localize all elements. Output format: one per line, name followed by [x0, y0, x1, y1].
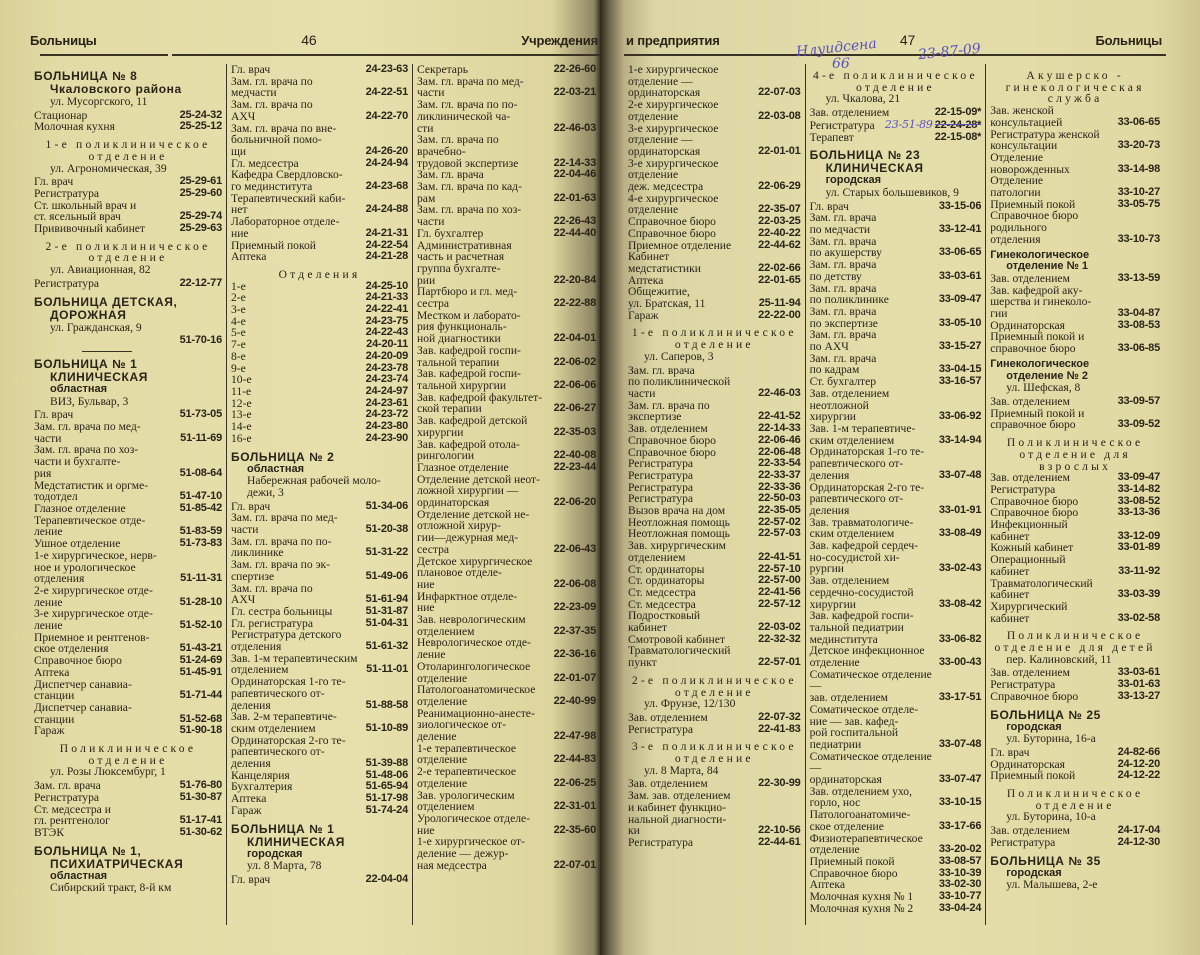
- phone-number: 22-35-60: [554, 825, 596, 837]
- directory-entry: Травматологический кабинет33-03-39: [990, 578, 1160, 601]
- phone-number: 51-90-18: [180, 725, 222, 737]
- handwritten-correction: 23-51-89: [885, 118, 933, 131]
- directory-entry: Зам. гл. врача по по- ликлинике51-31-22: [231, 536, 408, 559]
- directory-entry: Ординаторская 2-го те- рапевтического от…: [231, 735, 408, 770]
- directory-entry: 4-е хирургическое отделение22-35-07: [628, 193, 801, 216]
- hospital-name: БОЛЬНИЦА № 1: [34, 357, 137, 371]
- phone-number: 33-13-59: [1118, 273, 1160, 285]
- phone-number: 51-31-22: [366, 547, 408, 559]
- phone-number: 33-06-82: [939, 634, 981, 646]
- phone-number: 51-52-10: [180, 620, 222, 632]
- entry-label: Детское инфекционное отделение: [810, 645, 939, 668]
- phone-number: 24-23-63: [366, 64, 408, 76]
- phone-number: 51-28-10: [180, 597, 222, 609]
- phone-number: 33-02-43: [939, 563, 981, 575]
- column: Акушерско - гинекологическая службаЗав. …: [985, 64, 1164, 925]
- phone-number: 22-41-51: [758, 552, 800, 564]
- phone-number: 51-70-16: [180, 335, 222, 347]
- entry-label: Лабораторное отделе- ние: [231, 216, 366, 239]
- directory-entry: Регистратура33-14-82: [990, 484, 1160, 496]
- entry-label: 1-е хирургическое отделение — ординаторс…: [628, 64, 758, 99]
- phone-number: 22-01-63: [554, 193, 596, 205]
- phone-number: 51-11-31: [180, 573, 222, 585]
- directory-entry: Регистратура24-12-30: [990, 837, 1160, 849]
- phone-number: 24-23-90: [366, 433, 408, 445]
- directory-entry: Ст. медсестра22-41-56: [628, 587, 801, 599]
- directory-entry: Глазное отделение51-85-42: [34, 503, 222, 515]
- directory-entry: Физиотерапевтическое отделение33-20-02: [810, 833, 982, 856]
- hospital-type: ДОРОЖНАЯ: [34, 309, 222, 322]
- phone-number: 33-14-98: [1118, 164, 1160, 176]
- entry-label: Зам. гл. врача по АХЧ: [231, 583, 366, 606]
- phone-number: 22-06-27: [554, 403, 596, 415]
- entry-label: Травматологический кабинет: [990, 578, 1117, 601]
- entry-label: Ст. медсестра и гл. рентгенолог: [34, 804, 180, 827]
- hospital-heading: БОЛЬНИЦА № 35: [990, 855, 1160, 868]
- address: ул. Старых большевиков, 9: [810, 187, 982, 199]
- phone-number: 22-47-98: [554, 731, 596, 743]
- directory-entry: Урологическое отделе- ние22-35-60: [417, 813, 596, 836]
- hospital-name: БОЛЬНИЦА № 8: [34, 69, 137, 83]
- phone-number: 24-12-30: [1118, 837, 1160, 849]
- entry-label: Операционный кабинет: [990, 554, 1118, 577]
- entry-label: Справочное бюро: [628, 435, 758, 447]
- phone-number: 22-57-03: [758, 528, 800, 540]
- phone-number: 22-06-29: [758, 181, 800, 193]
- entry-label: Регистратура: [990, 484, 1117, 496]
- phone-number: 22-06-20: [554, 497, 596, 509]
- address: Сибирский тракт, 8-й км: [34, 882, 222, 894]
- entry-label: Патологоанатомиче- ское отделение: [810, 809, 939, 832]
- phone-number: 33-09-52: [1118, 419, 1160, 431]
- entry-label: 16-е: [231, 433, 366, 445]
- section-heading: 2-е поликлиническое отделение: [34, 241, 222, 264]
- entry-label: 3-е: [231, 304, 366, 316]
- directory-entry: Зам. гл. врача по поликлинической части2…: [628, 365, 801, 400]
- directory-entry: Зам. гл. врача по кад- рам22-01-63: [417, 181, 596, 204]
- phone-number: 51-31-87: [366, 606, 408, 618]
- phone-number: 22-26-60: [554, 64, 596, 76]
- directory-entry: Зам. гл. врача по детству33-03-61: [810, 259, 982, 282]
- page-number: 46: [301, 32, 316, 48]
- phone-number: 22-01-07: [554, 673, 596, 685]
- phone-number: 33-01-91: [939, 505, 981, 517]
- phone-number: 33-17-51: [939, 692, 981, 704]
- column: БОЛЬНИЦА № 8Чкаловского районаул. Мусорг…: [30, 64, 226, 925]
- phone-number: 22-02-66: [758, 263, 800, 275]
- phone-number: 22-03-08: [758, 111, 800, 123]
- phone-number: 22-01-65: [758, 275, 800, 287]
- directory-entry: Регистратура детского отделения51-61-32: [231, 629, 408, 652]
- section-heading: Поликлиническое отделение для детей: [990, 630, 1160, 653]
- entry-label: Зам. гл. врача по мед- части: [34, 421, 180, 444]
- directory-entry: 2-е хирургическое отде- ление51-28-10: [34, 585, 222, 608]
- entry-label: Гараж: [628, 310, 758, 322]
- entry-label: Терапевтическое отде- ление: [34, 515, 180, 538]
- phone-number: 25-29-60: [180, 188, 222, 200]
- entry-label: Зам. гл. врача по эк- спертизе: [231, 559, 366, 582]
- directory-entry: Ординаторская 1-го те- рапевтического от…: [810, 446, 982, 481]
- directory-entry: Зав. кафедрой госпи- тальной хирургии22-…: [417, 368, 596, 391]
- entry-label: Терапевт: [810, 132, 935, 144]
- entry-label: Справочное бюро родильного отделения: [990, 210, 1117, 245]
- entry-label: 3-е хирургическое отделение деж. медсест…: [628, 158, 758, 193]
- header-rule: [40, 54, 168, 56]
- entry-label: Отделение детской неот- ложной хирургии …: [417, 474, 554, 509]
- entry-label: Молочная кухня № 2: [810, 903, 939, 915]
- directory-entry: Зав. 1-м терапевтическим отделением51-11…: [231, 653, 408, 676]
- entry-label: Зав. отделением ухо, горло, нос: [810, 786, 939, 809]
- address: ул. Авиационная, 82: [34, 264, 222, 276]
- directory-entry: Зав. отделением неотложной хирургии33-06…: [810, 388, 982, 423]
- directory-entry: Регистратура25-29-60: [34, 188, 222, 200]
- phone-number: 23-51-8922-24-28*: [885, 119, 981, 132]
- phone-number: 24-22-70: [366, 111, 408, 123]
- entry-label: Инфарктное отделе- ние: [417, 591, 554, 614]
- phone-number: 51-11-01: [366, 664, 408, 676]
- directory-entry: Административная часть и расчетная групп…: [417, 240, 596, 287]
- entry-label: 10-е: [231, 374, 366, 386]
- phone-number: 22-04-01: [554, 333, 596, 345]
- entry-label: Ординаторская 2-го те- рапевтического от…: [810, 482, 939, 517]
- entry-label: Соматическое отделение — ординаторская: [810, 751, 939, 786]
- phone-number: 51-71-44: [180, 690, 222, 702]
- section-heading: 1-е поликлиническое отделение: [34, 139, 222, 162]
- hospital-name: БОЛЬНИЦА № 1: [231, 822, 334, 836]
- phone-number: 24-21-28: [366, 251, 408, 263]
- phone-number: 33-10-15: [939, 797, 981, 809]
- phone-number: 22-35-03: [554, 427, 596, 439]
- phone-number: 22-03-21: [554, 87, 596, 99]
- columns: БОЛЬНИЦА № 8Чкаловского районаул. Мусорг…: [30, 64, 600, 925]
- directory-entry: Детское инфекционное отделение33-00-43: [810, 645, 982, 668]
- directory-entry: Прививочный кабинет 25-29-63: [34, 223, 222, 235]
- address: пер. Калиновский, 11: [990, 654, 1160, 666]
- entry-label: Инфекционный кабинет: [990, 519, 1117, 542]
- entry-label: Терапевтический каби- нет: [231, 193, 366, 216]
- directory-entry: Подростковый кабинет22-03-02: [628, 610, 801, 633]
- phone-number: 33-06-65: [1118, 117, 1160, 129]
- column: Гл. врач24-23-63Зам. гл. врача по медчас…: [226, 64, 412, 925]
- phone-number: 33-03-61: [939, 271, 981, 283]
- entry-label: Медстатистик и оргме- тодотдел: [34, 480, 180, 503]
- directory-entry: Соматическое отделе- ние — зав. кафед- р…: [810, 704, 982, 751]
- directory-entry: Партбюро и гл. мед- сестра22-22-88: [417, 286, 596, 309]
- entry-label: Зам. гл. врача по поликлинической части: [628, 365, 758, 400]
- entry-label: Зав. отделением: [990, 273, 1117, 285]
- entry-label: Кабинет медстатистики: [628, 251, 758, 274]
- directory-entry: Патологоанатомическое отделение22-40-99: [417, 684, 596, 707]
- address: ул. 8 Марта, 78: [231, 860, 408, 872]
- phone-number: 33-02-58: [1118, 613, 1160, 625]
- directory-entry: Лабораторное отделе- ние24-21-31: [231, 216, 408, 239]
- entry-label: Гараж: [34, 725, 180, 737]
- phone-number: 33-20-73: [1118, 140, 1160, 152]
- directory-entry: Зав. кафедрой факультет- ской терапии22-…: [417, 392, 596, 415]
- address: ул. Саперов, 3: [628, 351, 801, 363]
- entry-label: Зав. кафедрой детской хирургии: [417, 415, 554, 438]
- directory-entry: Отоларингологическое отделение22-01-07: [417, 661, 596, 684]
- entry-label: Зав. травматологиче- ским отделением: [810, 517, 939, 540]
- entry-label: 1-е хирургическое от- деление — дежур- н…: [417, 836, 554, 871]
- entry-label: 2-е хирургическое отделение: [628, 99, 758, 122]
- entry-label: Ст. школьный врач и ст. ясельный врач: [34, 200, 180, 223]
- phone-number: 51-73-05: [180, 409, 222, 421]
- phone-number: 24-12-22: [1118, 770, 1160, 782]
- entry-label: Хирургический кабинет: [990, 601, 1117, 624]
- entry-label: Зав. женской консультацией: [990, 105, 1117, 128]
- hospital-name: БОЛЬНИЦА № 35: [990, 854, 1101, 868]
- directory-entry: Зам. гл. врача по медчасти33-12-41: [810, 212, 982, 235]
- address: Набережная рабочей моло- дежи, 3: [231, 475, 408, 498]
- entry-label: Гараж: [231, 805, 366, 817]
- directory-entry: Ординаторская 2-го те- рапевтического от…: [810, 482, 982, 517]
- phone-number: 22-15-09*: [935, 107, 982, 119]
- entry-label: Регистратура: [34, 792, 180, 804]
- phone-number: 24-82-66: [1118, 747, 1160, 759]
- directory-entry: Зам. гл. врача по кадрам33-04-15: [810, 353, 982, 376]
- entry-label: Зам. гл. врача по экспертизе: [810, 306, 939, 329]
- entry-label: Секретарь: [417, 64, 554, 76]
- entry-label: Подростковый кабинет: [628, 610, 758, 633]
- address: ул. Гражданская, 9: [34, 322, 222, 334]
- directory-entry: Секретарь22-26-60: [417, 64, 596, 76]
- phone-number: 24-24-88: [366, 204, 408, 216]
- entry-label: Зам. гл. врача по детству: [810, 259, 939, 282]
- phone-number: 51-11-69: [180, 433, 222, 445]
- section-heading: Отделения: [231, 269, 408, 281]
- header-rule: [624, 54, 1166, 56]
- phone-number: 33-14-82: [1118, 484, 1160, 496]
- directory-entry: Справочное бюро22-06-46: [628, 435, 801, 447]
- column: 4-е поликлиническое отделениеул. Чкалова…: [805, 64, 986, 925]
- entry-label: Регистратура: [628, 724, 758, 736]
- phone-number: 33-09-57: [1118, 396, 1160, 408]
- entry-label: Прививочный кабинет: [34, 223, 180, 235]
- directory-entry: Регистратура22-41-83: [628, 724, 801, 736]
- directory-entry: Аптека24-21-28: [231, 251, 408, 263]
- directory-entry: Зам. гл. врача по медчасти24-22-51: [231, 76, 408, 99]
- directory-entry: 51-70-16: [34, 335, 222, 347]
- entry-label: Приемный покой и справочное бюро: [990, 408, 1117, 431]
- phone-number: 33-06-65: [939, 247, 981, 259]
- directory-entry: 11-е24-24-97: [231, 386, 408, 398]
- address: ул. Шефская, 8: [990, 382, 1160, 394]
- entry-label: Зам. гл. врача по АХЧ: [810, 329, 939, 352]
- directory-entry: Терапевтический каби- нет24-24-88: [231, 193, 408, 216]
- book-spread: Больницы 46 Учреждения БОЛЬНИЦА № 8Чкало…: [0, 0, 1200, 955]
- entry-label: Гл. сестра больницы: [231, 606, 366, 618]
- phone-number: 22-36-16: [554, 649, 596, 661]
- directory-entry: Зав. отделением33-13-59: [990, 273, 1160, 285]
- directory-entry: Аптека51-45-91: [34, 667, 222, 679]
- directory-entry: 3-е24-22-41: [231, 304, 408, 316]
- hospital-type: ПСИХИАТРИЧЕСКАЯ: [34, 858, 222, 871]
- directory-entry: 2-е терапевтическое отделение22-06-25: [417, 766, 596, 789]
- directory-entry: Диспетчер санавиа- станции51-52-68: [34, 702, 222, 725]
- entry-label: Зав. кафедрой госпи- тальной педиатрии м…: [810, 610, 939, 645]
- entry-label: Ординаторская 1-го те- рапевтического от…: [810, 446, 939, 481]
- directory-entry: 2-е хирургическое отделение22-03-08: [628, 99, 801, 122]
- running-head-left: Больницы 46 Учреждения: [30, 32, 598, 50]
- address: ул. Буторина, 10-а: [990, 811, 1160, 823]
- phone-number: 22-12-77: [180, 278, 222, 290]
- entry-label: Регистратура: [990, 837, 1117, 849]
- directory-entry: 1-е хирургическое, нерв- ное и урологиче…: [34, 550, 222, 585]
- entry-label: Регистратура: [34, 188, 180, 200]
- entry-label: Зав. 1-м терапевтиче- ским отделением: [810, 423, 939, 446]
- phone-number: 24-22-51: [366, 87, 408, 99]
- hospital-heading: БОЛЬНИЦА № 1КЛИНИЧЕСКАЯ: [231, 823, 408, 849]
- directory-entry: Зам. гл. врача по АХЧ24-22-70: [231, 99, 408, 122]
- phone-number: 51-88-58: [366, 700, 408, 712]
- phone-number: 22-40-99: [554, 696, 596, 708]
- phone-number: 51-45-91: [180, 667, 222, 679]
- phone-number: 33-04-87: [1118, 308, 1160, 320]
- phone-number: 33-05-10: [939, 318, 981, 330]
- phone-number: 22-03-02: [758, 622, 800, 634]
- phone-number: 33-08-53: [1118, 320, 1160, 332]
- phone-number: 51-74-24: [366, 805, 408, 817]
- phone-number: 22-23-44: [554, 462, 596, 474]
- directory-entry: Регистратура женской консультации33-20-7…: [990, 129, 1160, 152]
- phone-number: 33-09-47: [939, 294, 981, 306]
- directory-entry: Зам. гл. врача по экспертизе33-05-10: [810, 306, 982, 329]
- phone-number: 33-16-57: [939, 376, 981, 388]
- hospital-name: БОЛЬНИЦА № 2: [231, 450, 334, 464]
- phone-number: 33-04-24: [939, 903, 981, 915]
- directory-entry: Зам. гл. врача по по- ликлинической ча- …: [417, 99, 596, 134]
- entry-label: Приемный покой: [810, 856, 939, 868]
- phone-number: 22-46-03: [554, 123, 596, 135]
- phone-number: 22-30-99: [758, 778, 800, 790]
- phone-number: 22-41-83: [758, 724, 800, 736]
- phone-number: 51-61-32: [366, 641, 408, 653]
- address: ул. Розы Люксембург, 1: [34, 766, 222, 778]
- hospital-name: БОЛЬНИЦА № 1,: [34, 844, 141, 858]
- directory-entry: Зам. гл. врача по хоз- части и бухгалте-…: [34, 444, 222, 479]
- department-name: Гинекологическое: [990, 249, 1089, 261]
- entry-label: Местком и лаборато- рия функциональ- ной…: [417, 310, 554, 345]
- entry-label: 4-е: [231, 316, 366, 328]
- directory-entry: Зам. зав. отделением и кабинет функцио- …: [628, 790, 801, 837]
- directory-entry: Зав. отделением22-07-32: [628, 712, 801, 724]
- hospital-type: КЛИНИЧЕСКАЯ: [231, 836, 408, 849]
- entry-label: 2-е: [231, 292, 366, 304]
- phone-number: 22-04-04: [366, 874, 408, 886]
- phone-number: 51-85-42: [180, 503, 222, 515]
- entry-label: Зав. урологическим отделением: [417, 790, 554, 813]
- section-heading: Поликлиническое отделение для взрослых: [990, 437, 1160, 472]
- directory-entry: Травматологический пункт22-57-01: [628, 645, 801, 668]
- entry-label: Травматологический пункт: [628, 645, 758, 668]
- address: ул. 8 Марта, 84: [628, 765, 801, 777]
- entry-label: 2-е терапевтическое отделение: [417, 766, 554, 789]
- entry-label: 11-е: [231, 386, 366, 398]
- phone-number: 33-08-49: [939, 528, 981, 540]
- directory-entry: Кабинет медстатистики22-02-66: [628, 251, 801, 274]
- phone-number: 22-06-02: [554, 357, 596, 369]
- directory-entry: Отделение детской неот- ложной хирургии …: [417, 474, 596, 509]
- address: ул. Чкалова, 21: [810, 93, 982, 105]
- hospital-type: КЛИНИЧЕСКАЯ: [34, 371, 222, 384]
- directory-entry: Патологоанатомиче- ское отделение33-17-6…: [810, 809, 982, 832]
- directory-entry: Гл. врач24-82-66: [990, 747, 1160, 759]
- section-heading: Акушерско - гинекологическая служба: [990, 70, 1160, 105]
- phone-number: 22-46-03: [758, 388, 800, 400]
- directory-entry: Ст. медсестра и гл. рентгенолог51-17-41: [34, 804, 222, 827]
- phone-number: 22-22-00: [758, 310, 800, 322]
- directory-entry: 3-е хирургическое отделение — ординаторс…: [628, 123, 801, 158]
- directory-entry: Зам. гл. врача по мед- части51-11-69: [34, 421, 222, 444]
- phone-number: 33-03-39: [1118, 589, 1160, 601]
- directory-entry: Зав. 1-м терапевтиче- ским отделением33-…: [810, 423, 982, 446]
- hospital-heading: БОЛЬНИЦА № 23КЛИНИЧЕСКАЯ: [810, 149, 982, 175]
- directory-entry: 1-е хирургическое отделение — ординаторс…: [628, 64, 801, 99]
- entry-label: Зав. отделением: [990, 396, 1117, 408]
- entry-label: Ординаторская 2-го те- рапевтического от…: [231, 735, 366, 770]
- directory-entry: Зам. гл. врача по вне- больничной помо- …: [231, 123, 408, 158]
- phone-number: 22-32-32: [758, 634, 800, 646]
- phone-number: 24-23-68: [366, 181, 408, 193]
- address: ул. Мусоргского, 11: [34, 96, 222, 108]
- hospital-heading: БОЛЬНИЦА № 2: [231, 451, 408, 464]
- entry-label: 2-е хирургическое отде- ление: [34, 585, 180, 608]
- phone-number: 22-01-01: [758, 146, 800, 158]
- entry-label: Зав. кафедрой аку- шерства и гинеколо- г…: [990, 285, 1117, 320]
- directory-entry: Зав. отделением33-09-57: [990, 396, 1160, 408]
- entry-label: Приемный покой: [990, 770, 1117, 782]
- phone-number: 33-05-75: [1118, 199, 1160, 211]
- entry-label: Зав. кафедрой факультет- ской терапии: [417, 392, 554, 415]
- entry-label: Зав. хирургическим отделением: [628, 540, 758, 563]
- directory-entry: ВТЭК51-30-62: [34, 827, 222, 839]
- phone-number: 22-04-46: [554, 169, 596, 181]
- entry-label: Зав. 2-м терапевтиче- ским отделением: [231, 711, 366, 734]
- entry-label: Регистратура: [810, 120, 885, 132]
- entry-label: Отделение новорожденных: [990, 152, 1117, 175]
- phone-number: 33-13-27: [1118, 691, 1160, 703]
- entry-label: Соматическое отделе- ние — зав. кафед- р…: [810, 704, 939, 751]
- hospital-heading: БОЛЬНИЦА № 1,ПСИХИАТРИЧЕСКАЯ: [34, 845, 222, 871]
- phone-number: 25-25-12: [180, 121, 222, 133]
- directory-entry: Операционный кабинет33-11-92: [990, 554, 1160, 577]
- phone-number: 22-44-40: [554, 228, 596, 240]
- entry-label: Зам. гл. врача по хоз- части и бухгалте-…: [34, 444, 180, 479]
- section-heading: 4-е поликлиническое отделение: [810, 70, 982, 93]
- directory-entry: Справочное бюро22-40-22: [628, 228, 801, 240]
- entry-label: Зав. отделением неотложной хирургии: [810, 388, 939, 423]
- phone-number: 24-26-20: [366, 146, 408, 158]
- directory-entry: Зам. гл. врача по эк- спертизе51-49-06: [231, 559, 408, 582]
- hospital-name: БОЛЬНИЦА № 25: [990, 708, 1101, 722]
- directory-entry: Детское хирургическое плановое отделе- н…: [417, 556, 596, 591]
- directory-entry: Отделение патологии33-10-27: [990, 175, 1160, 198]
- entry-label: Гл. врач: [231, 874, 366, 886]
- directory-entry: Зав. урологическим отделением22-31-01: [417, 790, 596, 813]
- directory-entry: Зам. гл. врача по мед- части22-03-21: [417, 76, 596, 99]
- phone-number: 24-21-31: [366, 228, 408, 240]
- entry-label: 5-е: [231, 327, 366, 339]
- entry-label: Детское хирургическое плановое отделе- н…: [417, 556, 554, 591]
- entry-label: Регистратура: [628, 470, 758, 482]
- directory-entry: Хирургический кабинет33-02-58: [990, 601, 1160, 624]
- phone-number: 22-06-43: [554, 544, 596, 556]
- entry-label: Зам. гл. врача по врачебно- трудовой экс…: [417, 134, 554, 169]
- entry-label: Зав. кафедрой госпи- тальной терапии: [417, 345, 554, 368]
- directory-entry: Приемный покой24-12-22: [990, 770, 1160, 782]
- entry-label: Справочное бюро: [990, 691, 1117, 703]
